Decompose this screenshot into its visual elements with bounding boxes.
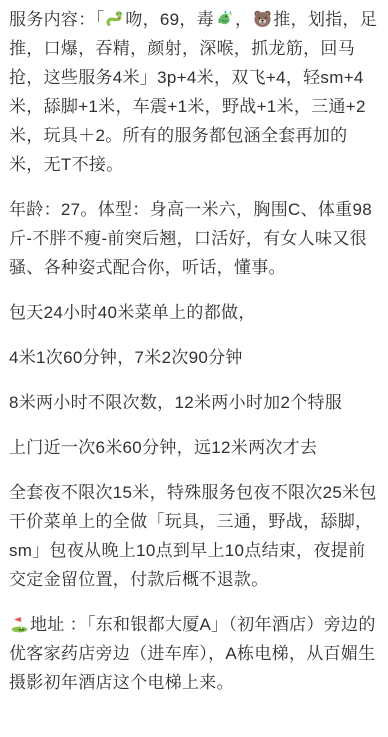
paragraph-price-two-hours: 8米两小时不限次数，12米两小时加2个特服 [9,388,378,417]
text-run: 4米1次60分钟，7米2次90分钟 [9,348,243,367]
paragraph-profile: 年龄：27。体型：身高一米六，胸围C、体重98斤-不胖不瘦-前突后翘，口活好，有… [9,195,378,282]
dragon-icon [215,9,234,28]
text-run: 包天24小时40米菜单上的都做， [9,303,256,322]
text-run: ， [235,10,252,29]
paragraph-price-per-session: 4米1次60分钟，7米2次90分钟 [9,343,378,372]
text-run: 上门近一次6米60分钟，远12米两次才去 [9,438,317,457]
paragraph-overnight-package: 全套夜不限次15米，特殊服务包夜不限次25米包干价菜单上的全做「玩具，三通，野战… [9,478,378,594]
text-run: 服务内容：「 [9,10,104,29]
text-run: 地址 ：「东和银都大厦A」（初年酒店）旁边的优客家药店旁边（进车库），A栋电梯，… [9,615,376,692]
text-run: 推，划指，足推，口爆，吞精，颜射，深喉，抓龙筋，回马抢，这些服务4米」3p+4米… [9,10,377,174]
flag-in-hole-icon [10,614,29,633]
text-run: 8米两小时不限次数，12米两小时加2个特服 [9,393,342,412]
bear-icon [253,9,272,28]
text-run: 年龄：27。体型：身高一米六，胸围C、体重98斤-不胖不瘦-前突后翘，口活好，有… [9,200,372,277]
paragraph-service-content: 服务内容：「吻，69，毒，推，划指，足推，口爆，吞精，颜射，深喉，抓龙筋，回马抢… [9,5,378,179]
snake-icon [105,9,124,28]
paragraph-full-day-package: 包天24小时40米菜单上的都做， [9,298,378,327]
text-run: 全套夜不限次15米，特殊服务包夜不限次25米包干价菜单上的全做「玩具，三通，野战… [9,483,377,589]
content: 服务内容：「吻，69，毒，推，划指，足推，口爆，吞精，颜射，深喉，抓龙筋，回马抢… [0,0,388,705]
paragraph-address: 地址 ：「东和银都大厦A」（初年酒店）旁边的优客家药店旁边（进车库），A栋电梯，… [9,610,378,697]
paragraph-outcall-price: 上门近一次6米60分钟，远12米两次才去 [9,433,378,462]
text-run: 吻，69，毒 [125,10,214,29]
